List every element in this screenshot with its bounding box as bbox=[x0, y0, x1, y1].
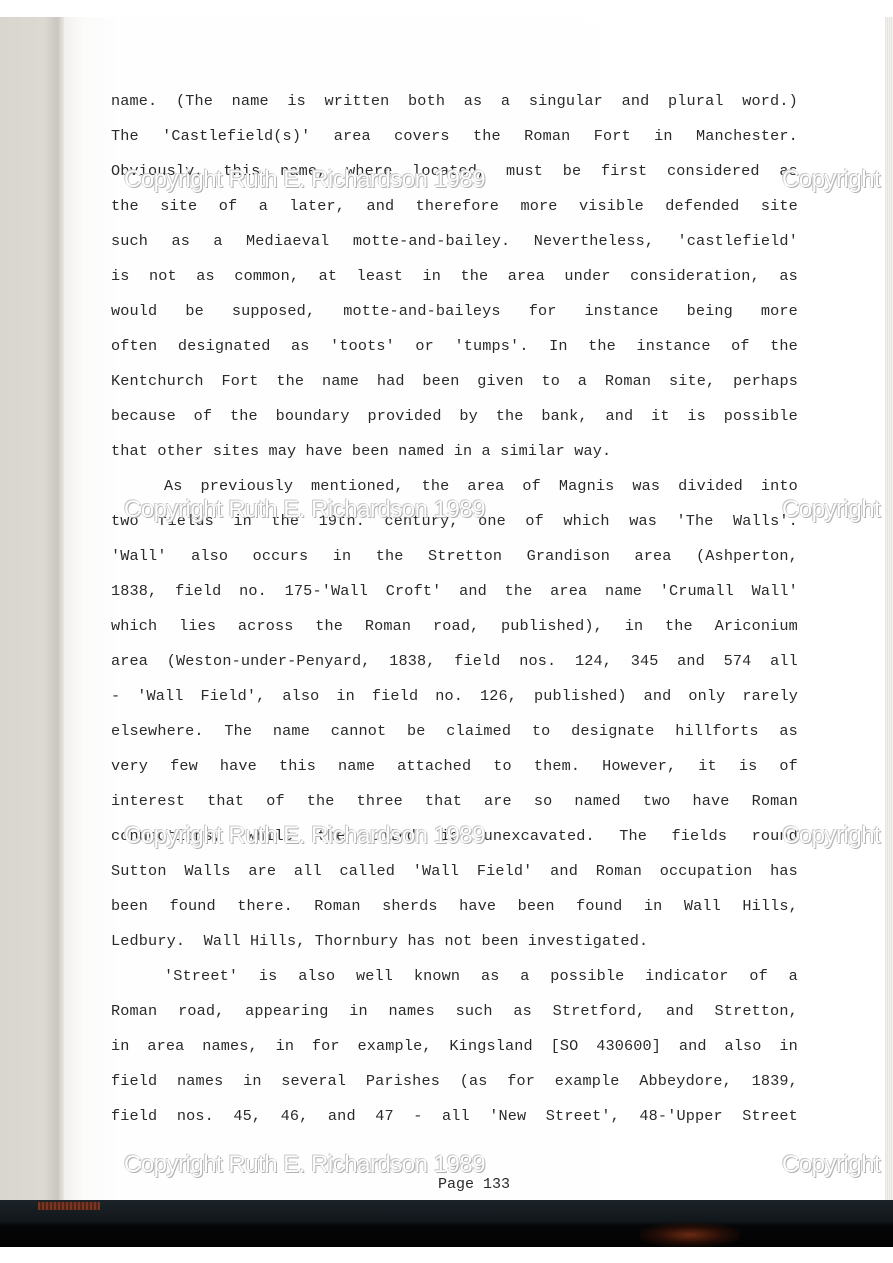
word: 345 bbox=[631, 649, 659, 684]
word: published), bbox=[501, 614, 603, 649]
word: name bbox=[605, 579, 642, 614]
word: name bbox=[338, 754, 375, 789]
word: mentioned, bbox=[311, 474, 404, 509]
word: are bbox=[484, 789, 512, 824]
word: must bbox=[506, 159, 543, 194]
word: 'castlefield' bbox=[678, 229, 798, 264]
word: was bbox=[632, 474, 660, 509]
word: field bbox=[372, 684, 418, 719]
word: is bbox=[259, 964, 278, 999]
word: Mediaeval bbox=[246, 229, 329, 264]
word: first bbox=[601, 159, 647, 194]
scan-top-margin bbox=[0, 0, 893, 17]
word: interest bbox=[111, 789, 185, 824]
word: area bbox=[634, 544, 671, 579]
word: the bbox=[665, 614, 693, 649]
word: area bbox=[334, 124, 371, 159]
word: of bbox=[525, 509, 544, 544]
word: area bbox=[111, 649, 148, 684]
word: this bbox=[223, 159, 260, 194]
word: field bbox=[111, 1104, 157, 1139]
word: at bbox=[319, 264, 338, 299]
text-line: 1838,fieldno.175-'WallCroft'andtheareana… bbox=[111, 579, 798, 614]
word: is bbox=[441, 824, 460, 859]
word: often bbox=[111, 334, 157, 369]
word: no. bbox=[239, 579, 267, 614]
word: of bbox=[522, 474, 541, 509]
word: of bbox=[779, 754, 798, 789]
word: found bbox=[576, 894, 622, 929]
word: the bbox=[422, 474, 450, 509]
word: 'Wall bbox=[413, 859, 459, 894]
word: given bbox=[477, 369, 523, 404]
word: the bbox=[307, 789, 335, 824]
word: Field', bbox=[201, 684, 266, 719]
word: have bbox=[459, 894, 496, 929]
word: Sutton bbox=[111, 859, 167, 894]
word: Hills, bbox=[742, 894, 798, 929]
word: for bbox=[529, 299, 557, 334]
word: where bbox=[346, 159, 392, 194]
word: 'Crumall bbox=[660, 579, 734, 614]
word: the bbox=[111, 194, 139, 229]
word: been bbox=[422, 369, 459, 404]
word: also bbox=[298, 964, 335, 999]
text-line: connections,whilethethirdisunexcavated.T… bbox=[111, 824, 798, 859]
word: such bbox=[111, 229, 148, 264]
word: road, bbox=[178, 999, 224, 1034]
word: the bbox=[230, 404, 258, 439]
word: Wall bbox=[684, 894, 721, 929]
word: names bbox=[177, 1069, 223, 1104]
word: and bbox=[328, 1104, 356, 1139]
word: the bbox=[376, 544, 404, 579]
word: the bbox=[276, 369, 304, 404]
word: round bbox=[752, 824, 798, 859]
text-line: veryfewhavethisnameattachedtothem.Howeve… bbox=[111, 754, 798, 789]
word: word.) bbox=[742, 89, 798, 124]
word: the bbox=[461, 264, 489, 299]
word: of bbox=[731, 334, 750, 369]
word: in bbox=[336, 684, 355, 719]
word: two bbox=[643, 789, 671, 824]
word: provided bbox=[368, 404, 442, 439]
word: (The bbox=[176, 89, 213, 124]
word: and bbox=[605, 404, 633, 439]
word: that bbox=[425, 789, 462, 824]
word: for bbox=[312, 1034, 340, 1069]
word: 'tumps'. bbox=[454, 334, 528, 369]
scan-bottom-margin bbox=[0, 1247, 893, 1263]
word: Parishes bbox=[366, 1069, 440, 1104]
word: consideration, bbox=[630, 264, 760, 299]
word: 574 bbox=[724, 649, 752, 684]
facing-page-edge bbox=[0, 17, 64, 1200]
word: to bbox=[493, 754, 512, 789]
word: there. bbox=[237, 894, 293, 929]
word: (Ashperton, bbox=[696, 544, 798, 579]
word: - bbox=[413, 1104, 422, 1139]
word: one bbox=[478, 509, 506, 544]
word: in bbox=[779, 1034, 798, 1069]
word: more bbox=[761, 299, 798, 334]
word: a bbox=[501, 89, 510, 124]
word: as bbox=[779, 159, 798, 194]
word: plural bbox=[668, 89, 724, 124]
word: 126, bbox=[480, 684, 517, 719]
word: The bbox=[111, 124, 139, 159]
page-stack-edge bbox=[885, 17, 893, 1200]
word: third bbox=[370, 824, 416, 859]
word: would bbox=[111, 299, 157, 334]
text-line: Obviously,thisname,wherelocated,mustbefi… bbox=[111, 159, 798, 194]
word: site bbox=[160, 194, 197, 229]
word: of bbox=[194, 404, 213, 439]
word: be bbox=[185, 299, 204, 334]
word: therefore bbox=[416, 194, 499, 229]
text-line: The'Castlefield(s)'areacoverstheRomanFor… bbox=[111, 124, 798, 159]
word: Field' bbox=[477, 859, 533, 894]
word: supposed, bbox=[232, 299, 315, 334]
word: also bbox=[724, 1034, 761, 1069]
word: 430600] bbox=[596, 1034, 661, 1069]
word: in bbox=[276, 1034, 295, 1069]
word: unexcavated. bbox=[484, 824, 595, 859]
word: in bbox=[111, 1034, 130, 1069]
word: sherds bbox=[382, 894, 438, 929]
word: singular bbox=[529, 89, 603, 124]
word: motte-and-bailey. bbox=[353, 229, 511, 264]
word: few bbox=[170, 754, 198, 789]
text-line: Romanroad,appearinginnamessuchasStretfor… bbox=[111, 999, 798, 1034]
word: a bbox=[213, 229, 222, 264]
word: site, bbox=[669, 369, 715, 404]
word: example bbox=[555, 1069, 620, 1104]
word: perhaps bbox=[733, 369, 798, 404]
word: more bbox=[521, 194, 558, 229]
word: only bbox=[688, 684, 725, 719]
word: and bbox=[644, 684, 672, 719]
word: and bbox=[666, 999, 694, 1034]
word: is bbox=[687, 404, 706, 439]
word: claimed bbox=[446, 719, 511, 754]
word: 'Wall' bbox=[111, 544, 167, 579]
word: occupation bbox=[660, 859, 753, 894]
word: instance bbox=[584, 299, 658, 334]
word: in bbox=[644, 894, 663, 929]
word: also bbox=[191, 544, 228, 579]
word: name bbox=[322, 369, 359, 404]
word: occurs bbox=[253, 544, 309, 579]
word: two bbox=[111, 509, 139, 544]
word: Roman bbox=[605, 369, 651, 404]
word: Street', bbox=[546, 1104, 620, 1139]
word: as bbox=[779, 264, 798, 299]
text-line: twofieldsinthe19th.century,oneofwhichwas… bbox=[111, 509, 798, 544]
word: (as bbox=[460, 1069, 488, 1104]
binding-stitching bbox=[38, 1202, 100, 1210]
word: 'Street' bbox=[164, 964, 238, 999]
word: covers bbox=[394, 124, 450, 159]
word: The bbox=[619, 824, 647, 859]
word: called bbox=[339, 859, 395, 894]
word: names bbox=[389, 999, 435, 1034]
text-line: 'Street'isalsowellknownasapossibleindica… bbox=[111, 964, 798, 999]
word: area bbox=[508, 264, 545, 299]
word: which bbox=[563, 509, 609, 544]
word: to bbox=[532, 719, 551, 754]
word: in bbox=[349, 999, 368, 1034]
word: and bbox=[366, 194, 394, 229]
word: possible bbox=[550, 964, 624, 999]
word: 175-'Wall bbox=[285, 579, 368, 614]
text-line: that other sites may have been named in … bbox=[111, 439, 798, 474]
line-text: that other sites may have been named in … bbox=[111, 439, 611, 474]
word: and bbox=[550, 859, 578, 894]
text-line: wouldbesupposed,motte-and-baileysforinst… bbox=[111, 299, 798, 334]
word: nos. bbox=[519, 649, 556, 684]
word: Walls bbox=[184, 859, 230, 894]
word: being bbox=[687, 299, 733, 334]
word: in bbox=[625, 614, 644, 649]
word: as bbox=[291, 334, 310, 369]
word: Roman bbox=[596, 859, 642, 894]
text-line: becauseoftheboundaryprovidedbythebank,an… bbox=[111, 404, 798, 439]
word: is bbox=[739, 754, 758, 789]
word: nos. bbox=[177, 1104, 214, 1139]
text-line: isnotascommon,atleastintheareaunderconsi… bbox=[111, 264, 798, 299]
word: the bbox=[315, 614, 343, 649]
word: named bbox=[574, 789, 620, 824]
word: appearing bbox=[245, 999, 328, 1034]
word: 'Wall bbox=[137, 684, 183, 719]
word: under bbox=[564, 264, 610, 299]
word: all bbox=[294, 859, 322, 894]
word: of bbox=[749, 964, 768, 999]
word: in bbox=[243, 1069, 262, 1104]
word: that bbox=[207, 789, 244, 824]
word: been bbox=[518, 894, 555, 929]
word: in bbox=[654, 124, 673, 159]
word: field bbox=[175, 579, 221, 614]
word: several bbox=[281, 1069, 346, 1104]
word: very bbox=[111, 754, 148, 789]
word: field bbox=[111, 1069, 157, 1104]
word: was bbox=[629, 509, 657, 544]
word: across bbox=[238, 614, 294, 649]
word: Manchester. bbox=[696, 124, 798, 159]
word: 1838, bbox=[389, 649, 435, 684]
word: such bbox=[456, 999, 493, 1034]
word: them. bbox=[534, 754, 580, 789]
page-number: Page 133 bbox=[438, 1176, 510, 1193]
word: field bbox=[454, 649, 500, 684]
word: be bbox=[407, 719, 426, 754]
line-text: Ledbury. Wall Hills, Thornbury has not b… bbox=[111, 929, 648, 964]
word: as bbox=[481, 964, 500, 999]
word: cannot bbox=[331, 719, 387, 754]
word: instance bbox=[636, 334, 710, 369]
word: attached bbox=[397, 754, 471, 789]
word: motte-and-baileys bbox=[343, 299, 501, 334]
word: all bbox=[442, 1104, 470, 1139]
word: Roman bbox=[752, 789, 798, 824]
word: [SO bbox=[551, 1034, 579, 1069]
word: Obviously, bbox=[111, 159, 204, 194]
word: been bbox=[111, 894, 148, 929]
word: Wall' bbox=[752, 579, 798, 614]
word: Magnis bbox=[559, 474, 615, 509]
word: a bbox=[259, 194, 268, 229]
word: connections, bbox=[111, 824, 222, 859]
word: to bbox=[541, 369, 560, 404]
word: have bbox=[693, 789, 730, 824]
word: 45, bbox=[233, 1104, 261, 1139]
word: 47 bbox=[375, 1104, 394, 1139]
word: 'Castlefield(s)' bbox=[162, 124, 310, 159]
word: also bbox=[282, 684, 319, 719]
word: site bbox=[761, 194, 798, 229]
word: common, bbox=[234, 264, 299, 299]
word: into bbox=[761, 474, 798, 509]
word: Fort bbox=[594, 124, 631, 159]
word: are bbox=[248, 859, 276, 894]
word: and bbox=[622, 89, 650, 124]
word: it bbox=[651, 404, 670, 439]
word: and bbox=[679, 1034, 707, 1069]
word: 'toots' bbox=[330, 334, 395, 369]
word: found bbox=[170, 894, 216, 929]
word: as bbox=[513, 999, 532, 1034]
word: least bbox=[357, 264, 403, 299]
word: name bbox=[273, 719, 310, 754]
word: 19th. bbox=[319, 509, 365, 544]
word: Stretton bbox=[428, 544, 502, 579]
word: and bbox=[459, 579, 487, 614]
word: not bbox=[149, 264, 177, 299]
word: and bbox=[677, 649, 705, 684]
word: 124, bbox=[575, 649, 612, 684]
word: previously bbox=[200, 474, 293, 509]
word: name, bbox=[280, 159, 326, 194]
word: in bbox=[422, 264, 441, 299]
word: 1838, bbox=[111, 579, 157, 614]
word: for bbox=[507, 1069, 535, 1104]
word: name bbox=[232, 89, 269, 124]
word: fields bbox=[158, 509, 214, 544]
text-line: Ledbury. Wall Hills, Thornbury has not b… bbox=[111, 929, 798, 964]
word: later, bbox=[289, 194, 345, 229]
text-line: KentchurchFortthenamehadbeengiventoaRoma… bbox=[111, 369, 798, 404]
word: Fort bbox=[221, 369, 258, 404]
word: In bbox=[549, 334, 568, 369]
word: lies bbox=[179, 614, 216, 649]
word: Street bbox=[742, 1104, 798, 1139]
word: However, bbox=[602, 754, 676, 789]
word: Roman bbox=[314, 894, 360, 929]
word: both bbox=[408, 89, 445, 124]
word: have bbox=[220, 754, 257, 789]
word: well bbox=[356, 964, 393, 999]
word: Walls'. bbox=[733, 509, 798, 544]
word: which bbox=[111, 614, 157, 649]
word: As bbox=[164, 474, 183, 509]
text-line: oftendesignatedas'toots'or'tumps'.Inthei… bbox=[111, 334, 798, 369]
word: indicator bbox=[645, 964, 728, 999]
binding-reflection bbox=[640, 1223, 740, 1247]
word: Stretton, bbox=[715, 999, 798, 1034]
word: boundary bbox=[276, 404, 350, 439]
word: written bbox=[325, 89, 390, 124]
word: possible bbox=[724, 404, 798, 439]
word: all bbox=[770, 649, 798, 684]
word: while bbox=[247, 824, 293, 859]
word: 'The bbox=[676, 509, 713, 544]
word: - bbox=[111, 684, 120, 719]
word: fields bbox=[672, 824, 728, 859]
word: elsewhere. bbox=[111, 719, 204, 754]
word: area bbox=[147, 1034, 184, 1069]
text-line: 'Wall'alsooccursintheStrettonGrandisonar… bbox=[111, 544, 798, 579]
word: defended bbox=[665, 194, 739, 229]
text-line: beenfoundthere.Romansherdshavebeenfoundi… bbox=[111, 894, 798, 929]
word: Stretford, bbox=[553, 999, 646, 1034]
word: designate bbox=[571, 719, 654, 754]
word: a bbox=[520, 964, 529, 999]
word: The bbox=[224, 719, 252, 754]
word: divided bbox=[678, 474, 743, 509]
word: visible bbox=[579, 194, 644, 229]
text-line: inareanames,inforexample,Kingsland[SO430… bbox=[111, 1034, 798, 1069]
text-line: interestthatofthethreethataresonamedtwoh… bbox=[111, 789, 798, 824]
word: 46, bbox=[281, 1104, 309, 1139]
word: the bbox=[473, 124, 501, 159]
word: a bbox=[578, 369, 587, 404]
word: as bbox=[196, 264, 215, 299]
word: so bbox=[534, 789, 553, 824]
word: Roman bbox=[365, 614, 411, 649]
word: be bbox=[563, 159, 582, 194]
word: is bbox=[111, 264, 130, 299]
text-line: Aspreviouslymentioned,theareaofMagniswas… bbox=[111, 474, 798, 509]
word: the bbox=[317, 824, 345, 859]
word: Ariconium bbox=[715, 614, 798, 649]
word: Kentchurch bbox=[111, 369, 204, 404]
word: the bbox=[496, 404, 524, 439]
text-line: name.(Thenameiswrittenbothasasingularand… bbox=[111, 89, 798, 124]
text-line: whichliesacrosstheRomanroad,published),i… bbox=[111, 614, 798, 649]
word: 'New bbox=[489, 1104, 526, 1139]
word: the bbox=[588, 334, 616, 369]
word: a bbox=[789, 964, 798, 999]
body-text: name.(Thenameiswrittenbothasasingularand… bbox=[111, 89, 798, 1139]
word: it bbox=[698, 754, 717, 789]
word: located, bbox=[412, 159, 486, 194]
word: of bbox=[219, 194, 238, 229]
word: (Weston-under-Penyard, bbox=[167, 649, 371, 684]
word: Croft' bbox=[386, 579, 442, 614]
word: bank, bbox=[541, 404, 587, 439]
word: Kingsland bbox=[449, 1034, 532, 1069]
word: the bbox=[271, 509, 299, 544]
word: is bbox=[287, 89, 306, 124]
word: had bbox=[377, 369, 405, 404]
word: published) bbox=[534, 684, 627, 719]
text-line: elsewhere.Thenamecannotbeclaimedtodesign… bbox=[111, 719, 798, 754]
word: designated bbox=[178, 334, 271, 369]
word: as bbox=[464, 89, 483, 124]
book-binding bbox=[0, 1200, 893, 1247]
